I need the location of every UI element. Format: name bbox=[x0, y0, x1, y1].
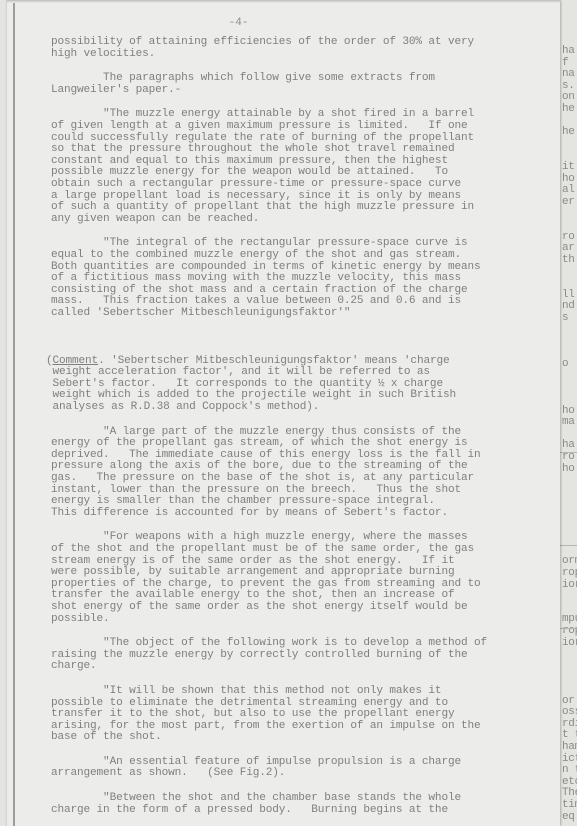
paragraph-high-muzzle-weapons: "For weapons with a high muzzle energy, … bbox=[51, 532, 561, 625]
underlying-text-fragment: f bbox=[562, 58, 568, 69]
underlying-text-fragment: ro bbox=[562, 452, 575, 463]
page-number: -4- bbox=[7, 17, 560, 29]
paragraph-pressure-space-integral: "The integral of the rectangular pressur… bbox=[51, 238, 561, 319]
underlying-text-fragment: ha bbox=[562, 440, 575, 451]
underlying-text-fragment: on bbox=[562, 92, 575, 103]
text-line: of the shot and the propellant must be o… bbox=[51, 544, 561, 556]
underlying-rule bbox=[559, 545, 577, 546]
underlying-text-fragment: ar bbox=[562, 243, 575, 254]
underlying-text-fragment: o bbox=[562, 359, 568, 370]
text-line: of such a quantity of propellant that th… bbox=[51, 202, 561, 214]
text-line: called 'Sebertscher Mitbeschleunigungsfa… bbox=[51, 308, 561, 320]
text-line: charge. bbox=[51, 661, 561, 673]
underlying-text-fragment: al bbox=[562, 185, 575, 196]
document-body: possibility of attaining efficiencies of… bbox=[51, 37, 561, 826]
underlying-text-fragment: nd bbox=[562, 301, 575, 312]
paragraph-charge-arrangement: "An essential feature of impulse propuls… bbox=[51, 757, 561, 780]
text-line: any given weapon can be reached. bbox=[51, 214, 561, 226]
underlying-text-fragment: time bbox=[562, 800, 577, 811]
underlying-rule bbox=[559, 628, 577, 629]
text-line: "It will be shown that this method not o… bbox=[51, 686, 561, 698]
text-line: obtain such a rectangular pressure-time … bbox=[51, 179, 561, 191]
underlying-text-fragment: ior bbox=[562, 638, 577, 649]
underlying-text-fragment: er bbox=[562, 197, 575, 208]
text-line: possibility of attaining efficiencies of… bbox=[51, 37, 561, 49]
underlying-text-fragment: rop bbox=[562, 568, 577, 579]
underlying-text-fragment: ma bbox=[562, 417, 575, 428]
text-line: so that the pressure throughout the whol… bbox=[51, 144, 561, 156]
paragraph-efficiency: possibility of attaining efficiencies of… bbox=[51, 37, 561, 60]
text-line: of given length at a given maximum press… bbox=[51, 121, 561, 133]
text-line: Langweiler's paper.- bbox=[51, 85, 561, 97]
underlying-text-fragment: orm bbox=[562, 556, 577, 567]
paragraph-object-of-work: "The object of the following work is to … bbox=[51, 638, 561, 673]
text-line: shot energy of the same order as the sho… bbox=[51, 602, 561, 614]
underlying-text-fragment: mpu bbox=[562, 614, 577, 625]
text-line: This difference is accounted for by mean… bbox=[51, 508, 561, 520]
underlying-text-fragment: eq.i bbox=[562, 812, 577, 823]
paragraph-pressed-body: "Between the shot and the chamber base s… bbox=[51, 793, 561, 816]
text-line: were possible, by suitable arrangement a… bbox=[51, 567, 561, 579]
text-line: "Between the shot and the chamber base s… bbox=[51, 793, 561, 805]
underlying-text-fragment: ior bbox=[562, 580, 577, 591]
paragraph-comment: (Comment. 'Sebertscher Mitbeschleunigung… bbox=[46, 332, 561, 413]
comment-label: Comment bbox=[53, 355, 99, 367]
underlying-text-fragment: ro bbox=[562, 232, 575, 243]
text-line: arrangement as shown. (See Fig.2). bbox=[51, 768, 561, 780]
underlying-text-fragment: na bbox=[562, 69, 575, 80]
underlying-text-fragment: n t bbox=[562, 765, 577, 776]
text-line: raising the muzzle energy by correctly c… bbox=[51, 650, 561, 662]
underlying-text-fragment: ho bbox=[562, 406, 575, 417]
text-line: gas. The pressure on the base of the sho… bbox=[51, 473, 561, 485]
text-line: high velocities. bbox=[51, 49, 561, 61]
underlying-text-fragment: ho bbox=[562, 174, 575, 185]
underlying-text-fragment: ham bbox=[562, 742, 577, 753]
underlying-text-fragment: s. bbox=[562, 81, 575, 92]
underlying-text-fragment: eto bbox=[562, 777, 577, 788]
underlying-text-fragment: The bbox=[562, 788, 577, 799]
underlying-text-fragment: he bbox=[562, 127, 575, 138]
underlying-text-fragment: rdi bbox=[562, 719, 577, 730]
text-line: equal to the combined muzzle energy of t… bbox=[51, 250, 561, 262]
text-line: transfer it to the shot, but also to use… bbox=[51, 709, 561, 721]
paragraph-intro-extracts: The paragraphs which follow give some ex… bbox=[51, 73, 561, 96]
paragraph-muzzle-energy-limit: "The muzzle energy attainable by a shot … bbox=[51, 109, 561, 225]
underlying-text-fragment: oss bbox=[562, 707, 577, 718]
underlying-text-fragment: ll bbox=[562, 290, 575, 301]
text-line: possible. bbox=[51, 614, 561, 626]
underlying-text-fragment: ho bbox=[562, 464, 575, 475]
underlying-text-fragment: ha bbox=[562, 46, 575, 57]
underlying-text-fragment: t t bbox=[562, 730, 577, 741]
text-line: base of the shot. bbox=[51, 732, 561, 744]
text-line: of a fictitious mass moving with the muz… bbox=[51, 273, 561, 285]
underlying-text-fragment: ict bbox=[562, 754, 577, 765]
underlying-text-fragment: th bbox=[562, 255, 575, 266]
underlying-text-fragment: or bbox=[562, 696, 575, 707]
paragraph-method-benefits: "It will be shown that this method not o… bbox=[51, 686, 561, 744]
underlying-rule bbox=[559, 452, 577, 453]
paragraph-gas-stream-energy: "A large part of the muzzle energy thus … bbox=[51, 427, 561, 520]
underlying-text-fragment: it bbox=[562, 162, 575, 173]
text-line: "The object of the following work is to … bbox=[51, 638, 561, 650]
document-page: -4- possibility of attaining efficiencie… bbox=[6, 0, 560, 826]
text-line: analyses as R.D.38 and Coppock's method)… bbox=[46, 402, 561, 414]
underlying-text-fragment: he bbox=[562, 104, 575, 115]
underlying-text-fragment: s bbox=[562, 313, 568, 324]
text-line: charge in the form of a pressed body. Bu… bbox=[51, 805, 561, 817]
